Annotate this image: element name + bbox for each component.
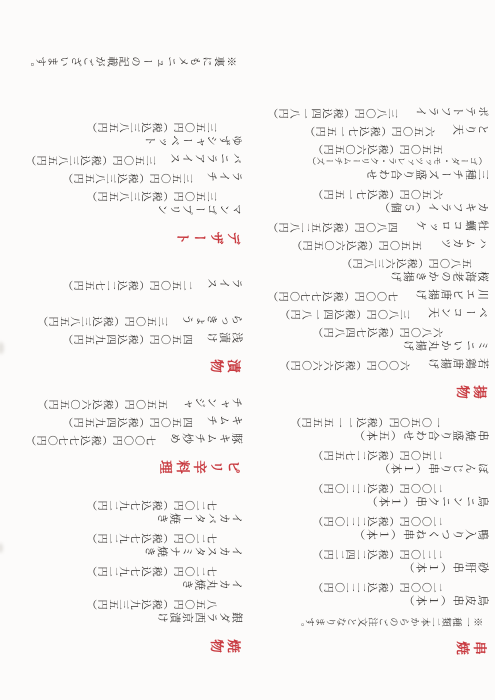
menu-section: ピリ辛料理豚キムチ炒め七〇〇円（税込七七〇円）キムチ四五〇円（税込四九五円）チャ… [7, 395, 243, 475]
item-price: 三八〇円（税込四一八円） [279, 307, 410, 318]
item-name: 鳥皮串（１本） [247, 593, 489, 608]
item-name: 牡蠣コロッケ [415, 219, 489, 231]
item-subtitle: （ゴーダ・モッツァレラ・クリームチーズ） [247, 155, 489, 167]
menu-item: 川エビ唐揚げ七〇〇円（税込七七〇円） [247, 287, 489, 302]
menu-section: デザートマンゴープリン三五〇円（税込三八五円）ライチ三五〇円（税込三八五円）バニ… [7, 118, 243, 246]
menu-item: 銀ダラ西京漬け八五〇円（税込九三五円） [7, 595, 243, 625]
menu-item: 若鶏唐揚げ六〇〇円（税込六六〇円） [247, 356, 489, 371]
item-price: 五五〇円（税込六〇五円） [37, 397, 168, 408]
item-price: 六八〇円（税込七四八円） [247, 323, 489, 338]
menu-item: ミニいか丸揚げ六八〇円（税込七四八円） [247, 323, 489, 353]
item-name: バニラアイス [169, 152, 243, 164]
item-price: 二五〇円（税込二七五円） [62, 278, 193, 289]
item-price: 八五〇円（税込九三五円） [7, 595, 243, 610]
menu-item: ゆずシャーベット三五〇円（税込三八五円） [7, 118, 243, 148]
item-price: 二五〇円（税込二七五円） [247, 446, 489, 461]
section-header: 漬物 [7, 354, 243, 374]
item-name: ライス [206, 277, 243, 289]
menu-item: ハムカツ五五〇円（税込六〇五円） [247, 236, 489, 251]
menu-item: チャンジャ五五〇円（税込六〇五円） [7, 395, 243, 410]
menu-item: ベーコン天三八〇円（税込四一八円） [247, 305, 489, 320]
item-price: 三五〇円（税込三八五円） [37, 314, 168, 325]
item-name: ポテトフライ [415, 105, 489, 117]
menu-sheet: 串焼※一種類二本からのご注文となります。鳥皮串（１本）二〇〇円（税込二二〇円）砂… [0, 0, 495, 700]
menu-band-top: 串焼※一種類二本からのご注文となります。鳥皮串（１本）二〇〇円（税込二二〇円）砂… [247, 91, 489, 656]
item-price: 七二〇円（税込七九二円） [7, 529, 243, 544]
item-name: 浅漬け [206, 331, 243, 343]
menu-section: 焼物銀ダラ西京漬け八五〇円（税込九三五円）イカ丸焼き七二〇円（税込七九二円）イカ… [7, 496, 243, 654]
menu-band-bottom: 焼物銀ダラ西京漬け八五〇円（税込九三五円）イカ丸焼き七二〇円（税込七九二円）イカ… [7, 97, 243, 654]
section-header: 串焼 [247, 636, 489, 656]
item-name: 桜海老のかき揚げ [390, 270, 489, 282]
item-name: イカスタミナ焼き [7, 544, 243, 559]
menu-item: マンゴープリン三五〇円（税込三八五円） [7, 187, 243, 217]
item-price: 二〇〇円（税込二二〇円） [247, 512, 489, 527]
item-price: 三八〇円（税込四一八円） [267, 106, 398, 117]
item-price: 六五〇円（税込七一五円） [304, 124, 435, 135]
item-name: 三種チーズ盛り合わせ [247, 167, 489, 182]
menu-item: キムチ四五〇円（税込四九五円） [7, 413, 243, 428]
item-name: 鳥ニンニク串（１本） [247, 494, 489, 509]
menu-item: 串焼盛り合わせ（五本）一〇五〇円（税込一一五五円） [247, 413, 489, 443]
menu-item: 砂肝串（１本）二二〇円（税込二四二円） [247, 545, 489, 575]
item-price: 四八〇円（税込五二八円） [267, 220, 398, 231]
menu-item: ぼんじり串（１本）二五〇円（税込二七五円） [247, 446, 489, 476]
item-name: ベーコン天 [427, 306, 489, 318]
item-name: 川エビ唐揚げ [415, 288, 489, 300]
section-header: ピリ辛料理 [7, 455, 243, 475]
section-header: デザート [7, 226, 243, 246]
item-price: 三五〇円（税込三八五円） [7, 118, 243, 133]
item-name: ミニいか丸揚げ [247, 338, 489, 353]
item-name: チャンジャ [181, 396, 243, 408]
menu-item: ポテトフライ三八〇円（税込四一八円） [247, 104, 489, 119]
item-price: 三五〇円（税込三八五円） [62, 171, 193, 182]
menu-item: バニラアイス三五〇円（税込三八五円） [7, 151, 243, 166]
menu-item: 豚キムチ炒め七〇〇円（税込七七〇円） [7, 431, 243, 446]
item-price: 三五〇円（税込三八五円） [25, 153, 156, 164]
menu-item: らっきょう三五〇円（税込三八五円） [7, 312, 243, 327]
menu-section: 揚物若鶏唐揚げ六〇〇円（税込六六〇円）ミニいか丸揚げ六八〇円（税込七四八円）ベー… [247, 104, 489, 400]
section-note: ※一種類二本からのご注文となります。 [247, 613, 489, 627]
item-name: ゆずシャーベット [7, 133, 243, 148]
menu-item: 浅漬け四五〇円（税込四九五円） [7, 330, 243, 345]
scanned-menu-page: { "menu": { "colors": { "accent": "#c839… [0, 0, 495, 700]
item-price: 五五〇円（税込六〇五円） [247, 140, 489, 155]
item-price: 二〇〇円（税込二二〇円） [247, 578, 489, 593]
item-price: 六〇〇円（税込六六〇円） [279, 358, 410, 369]
item-name: 豚キムチ炒め [169, 432, 243, 444]
item-name: ぼんじり串（１本） [247, 461, 489, 476]
item-price: 二二〇円（税込二四二円） [247, 545, 489, 560]
item-name: 銀ダラ西京漬け [7, 610, 243, 625]
item-name: キムチ [206, 414, 243, 426]
item-name: 串焼盛り合わせ（五本） [247, 428, 489, 443]
item-name: ライチ [206, 170, 243, 182]
item-name: 鴨入りつくね串（１本） [247, 527, 489, 542]
item-name: とり天 [452, 123, 489, 135]
menu-item: 桜海老のかき揚げ五八〇円（税込六三八円） [247, 254, 489, 284]
item-price: 七二〇円（税込七九二円） [7, 562, 243, 577]
menu-section: ライス二五〇円（税込二七五円） [7, 276, 243, 291]
item-price: 五八〇円（税込六三八円） [341, 256, 472, 267]
item-name: イカバター焼き [7, 511, 243, 526]
item-name: らっきょう [181, 313, 243, 325]
item-price: 四五〇円（税込四九五円） [62, 415, 193, 426]
menu-item: カキフライ（５個）六五〇円（税込七一五円） [247, 185, 489, 215]
menu-item: イカバター焼き七二〇円（税込七九二円） [7, 496, 243, 526]
menu-item: 鳥ニンニク串（１本）二〇〇円（税込二二〇円） [247, 479, 489, 509]
item-price: 六五〇円（税込七一五円） [247, 185, 489, 200]
item-price: 五五〇円（税込六〇五円） [292, 238, 423, 249]
item-price: 二〇〇円（税込二二〇円） [247, 479, 489, 494]
item-price: 一〇五〇円（税込一一五五円） [247, 413, 489, 428]
menu-section: 漬物浅漬け四五〇円（税込四九五円）らっきょう三五〇円（税込三八五円） [7, 312, 243, 374]
item-price: 四五〇円（税込四九五円） [62, 332, 193, 343]
item-price: 七二〇円（税込七九二円） [7, 496, 243, 511]
menu-item: ライチ三五〇円（税込三八五円） [7, 169, 243, 184]
menu-item: ライス二五〇円（税込二七五円） [7, 276, 243, 291]
back-side-note: ※裏にもメニューの記載がございます。 [9, 54, 237, 69]
item-name: 若鶏唐揚げ [427, 357, 489, 369]
menu-item: 鴨入りつくね串（１本）二〇〇円（税込二二〇円） [247, 512, 489, 542]
section-header: 焼物 [7, 634, 243, 654]
menu-item: とり天六五〇円（税込七一五円） [247, 122, 489, 137]
menu-section: 串焼※一種類二本からのご注文となります。鳥皮串（１本）二〇〇円（税込二二〇円）砂… [247, 413, 489, 656]
item-name: イカ丸焼き [7, 577, 243, 592]
item-price: 七〇〇円（税込七七〇円） [25, 433, 156, 444]
menu-item: 鳥皮串（１本）二〇〇円（税込二二〇円） [247, 578, 489, 608]
section-header: 揚物 [247, 380, 489, 400]
item-name: 砂肝串（１本） [247, 560, 489, 575]
item-name: マンゴープリン [7, 202, 243, 217]
menu-item: 三種チーズ盛り合わせ（ゴーダ・モッツァレラ・クリームチーズ）五五〇円（税込六〇五… [247, 140, 489, 182]
item-name: カキフライ（５個） [247, 200, 489, 215]
menu-item: イカスタミナ焼き七二〇円（税込七九二円） [7, 529, 243, 559]
item-price: 七〇〇円（税込七七〇円） [267, 289, 398, 300]
item-name: ハムカツ [439, 237, 489, 249]
item-price: 三五〇円（税込三八五円） [7, 187, 243, 202]
menu-item: 牡蠣コロッケ四八〇円（税込五二八円） [247, 218, 489, 233]
menu-item: イカ丸焼き七二〇円（税込七九二円） [7, 562, 243, 592]
